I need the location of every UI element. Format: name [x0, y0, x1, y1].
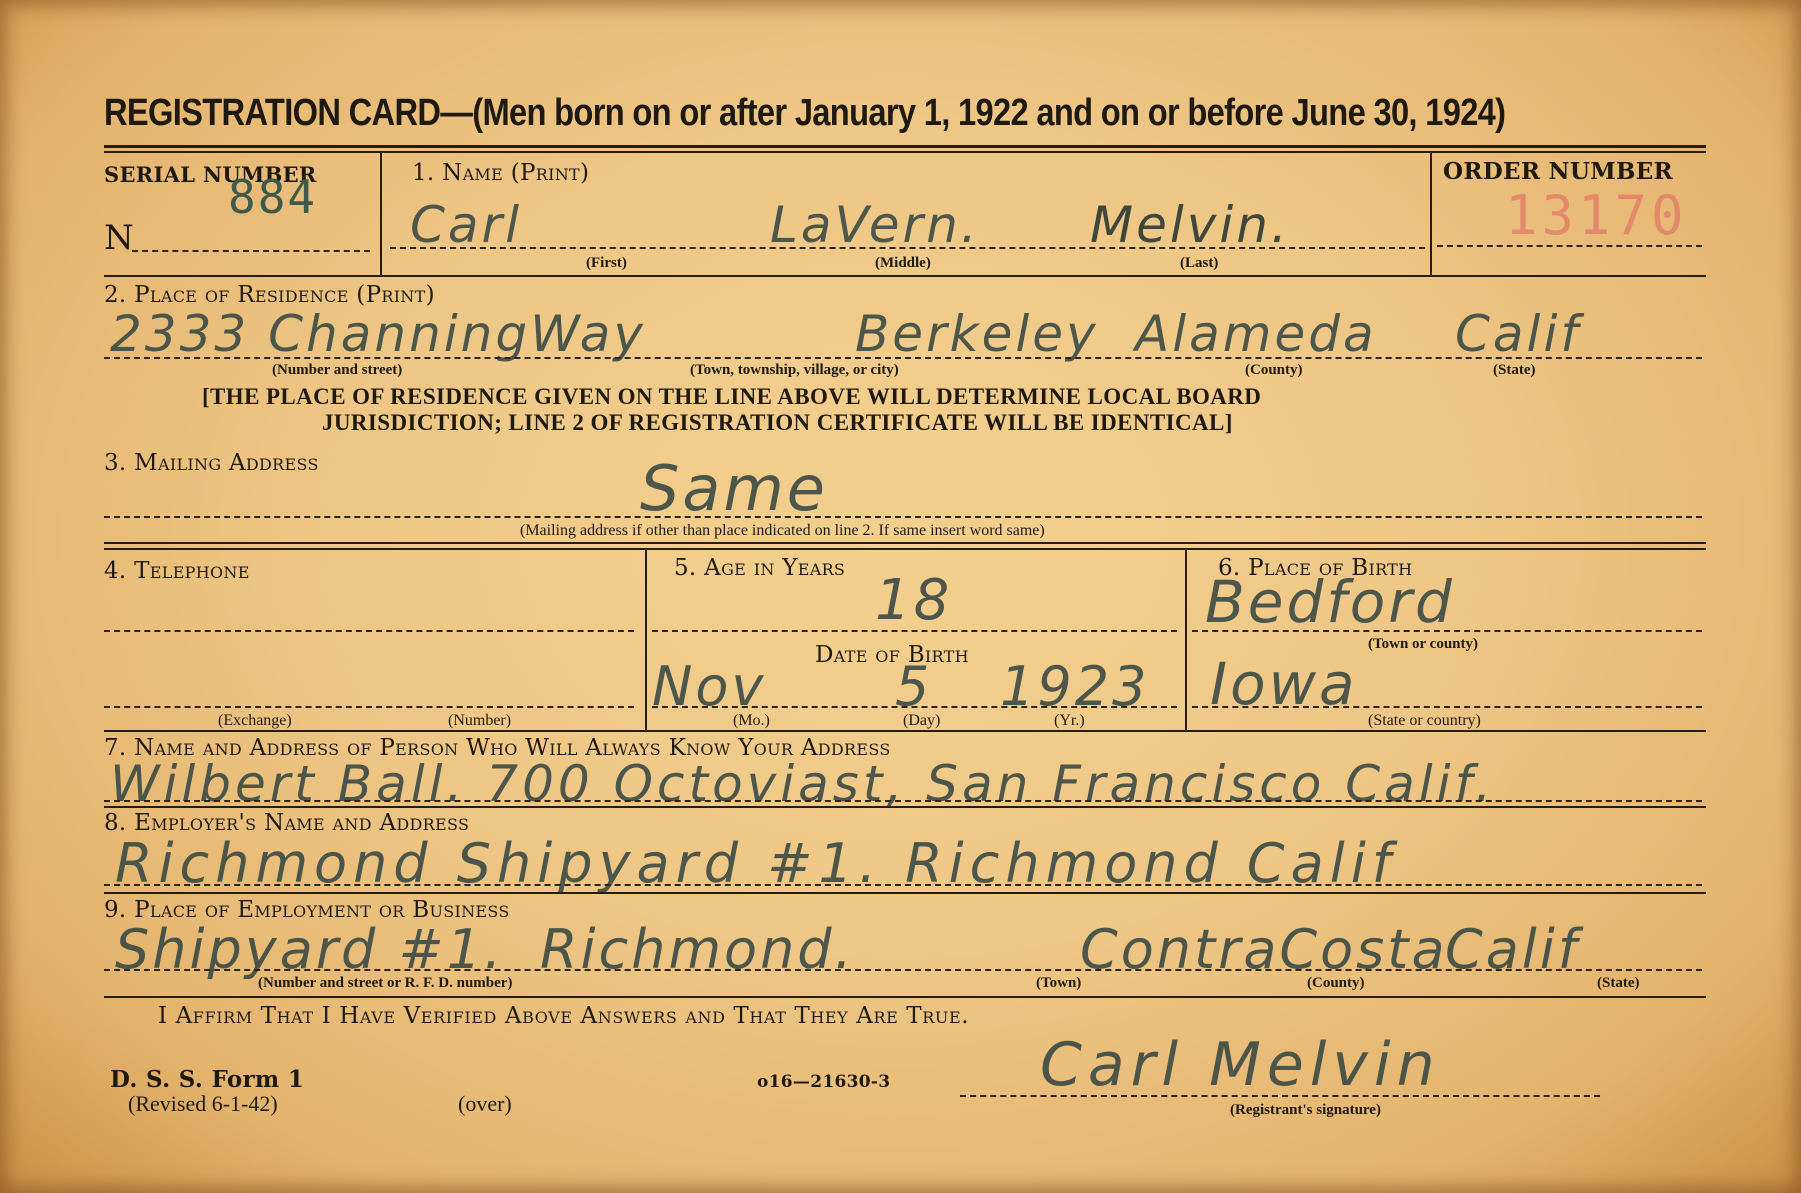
order-line [1437, 245, 1702, 247]
employment-street-sublabel: (Number and street or R. F. D. number) [258, 975, 512, 992]
residence-street-sublabel: (Number and street) [272, 362, 402, 379]
dob-year-sublabel: (Yr.) [1054, 712, 1085, 730]
name-last-value: Melvin. [1090, 196, 1290, 254]
employment-line [104, 969, 1702, 971]
birthplace-town-sublabel: (Town or county) [1368, 636, 1478, 653]
residence-county-sublabel: (County) [1245, 362, 1303, 379]
birthplace-state-line [1192, 706, 1702, 708]
over-note: (over) [458, 1091, 512, 1117]
signature-sublabel: (Registrant's signature) [1230, 1102, 1381, 1119]
telephone-line-2 [104, 706, 634, 708]
name-middle-value: LaVern. [770, 196, 980, 254]
employment-county-sublabel: (County) [1307, 975, 1365, 992]
employment-state-sublabel: (State) [1597, 975, 1639, 992]
serial-line [132, 250, 370, 252]
telephone-label: 4. Telephone [104, 558, 250, 584]
divider [1185, 550, 1187, 730]
row-rule [104, 275, 1706, 277]
residence-street-value: 2333 ChanningWay [110, 305, 646, 363]
jurisdiction-notice-line2: JURISDICTION; LINE 2 OF REGISTRATION CER… [322, 410, 1233, 436]
dob-month-value: Nov [652, 655, 766, 718]
birthplace-town-line [1192, 630, 1702, 632]
employer-line [104, 884, 1702, 886]
name-label: 1. Name (Print) [412, 160, 589, 186]
employment-town-value: Richmond. [540, 918, 855, 981]
residence-state-value: Calif [1455, 305, 1581, 363]
dob-month-sublabel: (Mo.) [733, 712, 770, 730]
serial-prefix: N [104, 218, 134, 258]
name-last-sublabel: (Last) [1180, 255, 1218, 272]
dob-label: Date of Birth [815, 642, 969, 668]
divider [645, 550, 647, 730]
serial-number-value: 884 [228, 170, 317, 224]
birthplace-state-sublabel: (State or country) [1368, 712, 1481, 730]
order-label: ORDER NUMBER [1443, 158, 1673, 185]
mailing-label: 3. Mailing Address [104, 450, 319, 476]
age-label: 5. Age in Years [674, 555, 845, 581]
employment-town-sublabel: (Town) [1036, 975, 1081, 992]
row-rule [104, 892, 1706, 894]
name-line [390, 247, 1425, 249]
residence-city-sublabel: (Town, township, village, or city) [690, 362, 899, 379]
top-rule [104, 145, 1706, 148]
signature-line [960, 1095, 1600, 1097]
employment-street-value: Shipyard #1. [115, 918, 504, 981]
registrant-signature: Carl Melvin [1040, 1030, 1441, 1100]
residence-county-value: Alameda [1135, 305, 1377, 363]
contact-line [104, 800, 1702, 802]
print-code: o16—21630-3 [757, 1072, 890, 1092]
age-value: 18 [875, 568, 952, 633]
name-first-sublabel: (First) [586, 255, 627, 272]
divider [380, 153, 382, 275]
divider [1430, 153, 1432, 275]
residence-city-value: Berkeley [855, 305, 1099, 363]
row-rule-2 [104, 548, 1706, 550]
residence-state-sublabel: (State) [1493, 362, 1535, 379]
dob-year-value: 1923 [1000, 655, 1149, 718]
affirmation-text: I Affirm That I Have Verified Above Answ… [158, 1003, 969, 1029]
age-line [652, 630, 1177, 632]
row-rule [104, 730, 1706, 732]
dob-day-sublabel: (Day) [903, 712, 940, 730]
top-rule-2 [104, 151, 1706, 153]
mailing-value: Same [640, 452, 828, 525]
telephone-number-sublabel: (Number) [448, 712, 511, 730]
birthplace-town-value: Bedford [1205, 568, 1455, 636]
mailing-sublabel: (Mailing address if other than place ind… [520, 522, 1045, 540]
mailing-line [104, 516, 1702, 518]
contact-value: Wilbert Ball. 700 Octoviast, San Francis… [110, 755, 1495, 813]
name-first-value: Carl [410, 196, 522, 254]
row-rule [104, 806, 1706, 808]
dob-day-value: 5 [895, 655, 932, 718]
row-rule [104, 542, 1706, 544]
residence-line [104, 357, 1702, 359]
name-middle-sublabel: (Middle) [875, 255, 931, 272]
form-revised: (Revised 6-1-42) [128, 1091, 278, 1117]
row-rule [104, 996, 1706, 998]
registration-card: REGISTRATION CARD—(Men born on or after … [0, 0, 1801, 1193]
form-number: D. S. S. Form 1 [110, 1066, 304, 1093]
card-title: REGISTRATION CARD—(Men born on or after … [104, 92, 1505, 135]
telephone-line-1 [104, 630, 634, 632]
jurisdiction-notice-line1: [THE PLACE OF RESIDENCE GIVEN ON THE LIN… [202, 384, 1261, 410]
dob-line [652, 706, 1177, 708]
employment-county-value: ContraCosta [1080, 918, 1448, 981]
employment-state-value: Calif [1445, 918, 1580, 981]
telephone-exchange-sublabel: (Exchange) [218, 712, 292, 730]
order-number-value: 13170 [1505, 184, 1688, 247]
